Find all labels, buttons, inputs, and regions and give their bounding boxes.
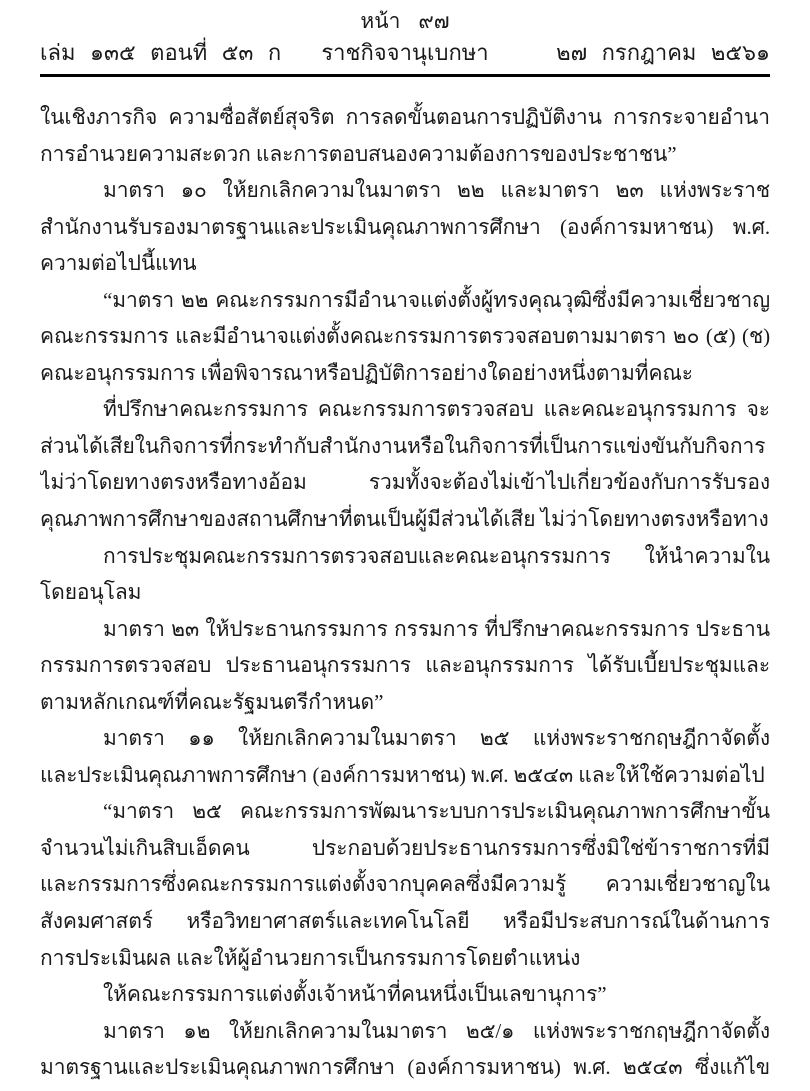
text-line: คุณภาพการศึกษาของสถานศึกษาที่ตนเป็นผู้มี… — [40, 501, 770, 538]
text-line: และกรรมการซึ่งคณะกรรมการแต่งตั้งจากบุคคล… — [40, 866, 770, 903]
text-line: กรรมการตรวจสอบ ประธานอนุกรรมการ และอนุกร… — [40, 647, 770, 684]
text-line: และประเมินคุณภาพการศึกษา (องค์การมหาชน) … — [40, 757, 770, 794]
page-label: หน้า — [360, 9, 400, 33]
gazette-page: หน้า๙๗ เล่ม ๑๓๕ ตอนที่ ๕๓ ก ราชกิจจานุเบ… — [0, 0, 810, 1091]
page-number-row: หน้า๙๗ — [40, 6, 770, 36]
text-line: คณะกรรมการ และมีอำนาจแต่งตั้งคณะกรรมการต… — [40, 318, 770, 355]
text-line: ในเชิงภารกิจ ความซื่อสัตย์สุจริต การลดขั… — [40, 99, 770, 136]
publication-date: ๒๗ กรกฎาคม ๒๕๖๑ — [489, 36, 770, 70]
text-line: จำนวนไม่เกินสิบเอ็ดคน ประกอบด้วยประธานกร… — [40, 830, 770, 867]
text-line: มาตรฐานและประเมินคุณภาพการศึกษา (องค์การ… — [40, 1049, 770, 1086]
text-line: มาตรา ๒๓ ให้ประธานกรรมการ กรรมการ ที่ปรึ… — [40, 611, 770, 648]
text-line: คณะอนุกรรมการ เพื่อพิจารณาหรือปฏิบัติการ… — [40, 355, 770, 392]
text-line: ความต่อไปนี้แทน — [40, 245, 770, 282]
text-line: การอำนวยความสะดวก และการตอบสนองความต้องก… — [40, 136, 770, 173]
text-line: มาตรา ๑๐ ให้ยกเลิกความในมาตรา ๒๒ และมาตร… — [40, 172, 770, 209]
text-line: โดยอนุโลม — [40, 574, 770, 611]
document-body: ในเชิงภารกิจ ความซื่อสัตย์สุจริต การลดขั… — [40, 99, 770, 1086]
page-number: ๙๗ — [418, 9, 449, 33]
page-header: หน้า๙๗ เล่ม ๑๓๕ ตอนที่ ๕๓ ก ราชกิจจานุเบ… — [40, 6, 770, 77]
text-line: มาตรา ๑๑ ให้ยกเลิกความในมาตรา ๒๕ แห่งพระ… — [40, 720, 770, 757]
text-line: ส่วนได้เสียในกิจการที่กระทำกับสำนักงานหร… — [40, 428, 770, 465]
text-line: มาตรา ๑๒ ให้ยกเลิกความในมาตรา ๒๕/๑ แห่งพ… — [40, 1013, 770, 1050]
text-line: ให้คณะกรรมการแต่งตั้งเจ้าหน้าที่คนหนึ่งเ… — [40, 976, 770, 1013]
text-line: การประเมินผล และให้ผู้อำนวยการเป็นกรรมกา… — [40, 940, 770, 977]
volume-issue: เล่ม ๑๓๕ ตอนที่ ๕๓ ก — [40, 36, 321, 70]
text-line: ไม่ว่าโดยทางตรงหรือทางอ้อม รวมทั้งจะต้อง… — [40, 464, 770, 501]
text-line: สังคมศาสตร์ หรือวิทยาศาสตร์และเทคโนโลยี … — [40, 903, 770, 940]
header-meta-row: เล่ม ๑๓๕ ตอนที่ ๕๓ ก ราชกิจจานุเบกษา ๒๗ … — [40, 36, 770, 70]
text-line: ที่ปรึกษาคณะกรรมการ คณะกรรมการตรวจสอบ แล… — [40, 391, 770, 428]
text-line: “มาตรา ๒๕ คณะกรรมการพัฒนาระบบการประเมินค… — [40, 793, 770, 830]
text-line: ตามหลักเกณฑ์ที่คณะรัฐมนตรีกำหนด” — [40, 684, 770, 721]
text-line: “มาตรา ๒๒ คณะกรรมการมีอำนาจแต่งตั้งผู้ทร… — [40, 282, 770, 319]
text-line: การประชุมคณะกรรมการตรวจสอบและคณะอนุกรรมก… — [40, 538, 770, 575]
text-line: สำนักงานรับรองมาตรฐานและประเมินคุณภาพการ… — [40, 209, 770, 246]
gazette-title: ราชกิจจานุเบกษา — [321, 36, 488, 70]
header-rule — [40, 74, 770, 77]
